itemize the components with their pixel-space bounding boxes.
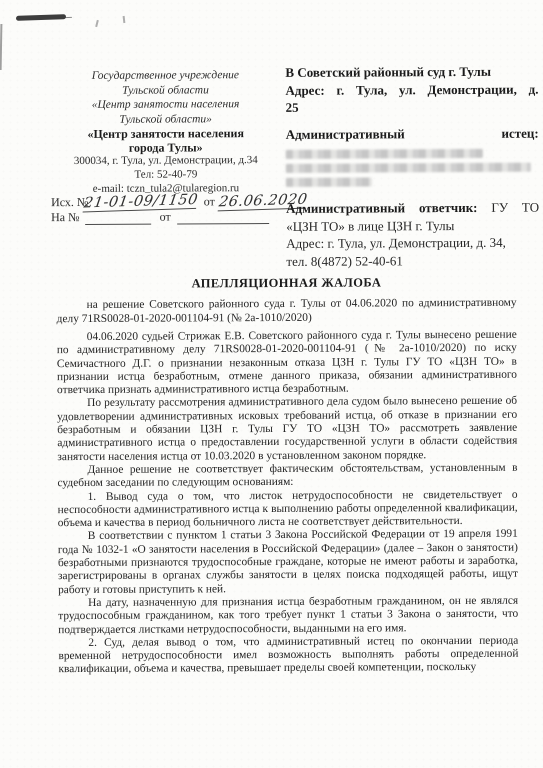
defendant-phone: тел. 8(4872) 52-40-61	[286, 251, 539, 270]
body-paragraph: 2. Суд, делая вывод о том, что администр…	[58, 635, 518, 677]
letterhead-org-line: Тульской области»	[45, 112, 287, 128]
defendant-block: Административный ответчик: ГУ ТО «ЦЗН ТО…	[286, 199, 539, 235]
incoming-number-blank	[86, 213, 152, 225]
redacted-plaintiff-info	[286, 149, 539, 187]
body-paragraph: Данное решение не соответствует фактичес…	[57, 462, 517, 491]
plaintiff-word: истец:	[501, 124, 538, 142]
plaintiff-label: Административный	[286, 125, 405, 143]
letterhead-org-line: «Центр занятости населения	[45, 97, 287, 113]
page-content: Государственное учреждение Тульской обла…	[0, 0, 543, 768]
document-subtitle: на решение Советского районного суда г. …	[57, 296, 517, 326]
letterhead-branch-line: города Тулы»	[45, 140, 287, 155]
letterhead-phone: Тел: 52-40-79	[45, 168, 287, 183]
court-address-line1: Адрес: г. Тула, ул. Демонстрации, д.	[285, 80, 538, 99]
letterhead-branch-line: «Центр занятости населения	[45, 126, 287, 141]
body-paragraph: По результату рассмотрения административ…	[57, 395, 517, 464]
court-name: В Советский районный суд г. Тулы	[285, 63, 538, 82]
defendant-label: Административный ответчик:	[286, 200, 477, 216]
document-body: 04.06.2020 судьей Стрижак Е.В. Советског…	[57, 329, 519, 677]
incoming-date-blank	[177, 212, 269, 224]
body-paragraph: 04.06.2020 судьей Стрижак Е.В. Советског…	[57, 329, 517, 398]
body-paragraph: 1. Вывод суда о том, что листок нетрудос…	[58, 488, 518, 530]
outgoing-ref-row: Исх. № 21-01-09/1150 от 26.06.2020	[51, 194, 296, 210]
incoming-from-label: от	[160, 210, 171, 225]
plaintiff-heading: Административный истец:	[286, 124, 539, 143]
addressee-block: В Советский районный суд г. Тулы Адрес: …	[285, 63, 539, 270]
court-address-line2: 25	[286, 98, 539, 117]
sender-letterhead: Государственное учреждение Тульской обла…	[44, 68, 287, 197]
body-paragraph: На дату, назначенную для признания истца…	[58, 595, 518, 637]
defendant-address: Адрес: г. Тула, ул. Демонстрации, д. 34,	[286, 234, 539, 253]
scanned-document-page: Государственное учреждение Тульской обла…	[0, 0, 543, 768]
letterhead-org-line: Государственное учреждение	[44, 68, 286, 84]
letterhead-org-line: Тульской области	[44, 83, 286, 99]
document-title: АПЕЛЛЯЦИОННАЯ ЖАЛОБА	[56, 275, 516, 292]
redacted-line	[286, 163, 531, 173]
outgoing-from-label: от	[204, 194, 215, 209]
reference-numbers: Исх. № 21-01-09/1150 от 26.06.2020 На № …	[51, 194, 296, 225]
redacted-line	[286, 149, 483, 159]
document-title-block: АПЕЛЛЯЦИОННАЯ ЖАЛОБА на решение Советско…	[56, 275, 516, 326]
redacted-line	[286, 177, 372, 186]
body-paragraph: В соответствии с пунктом 1 статьи 3 Зако…	[58, 528, 518, 597]
incoming-ref-label: На №	[51, 210, 80, 225]
letterhead-address: 300034, г. Тула, ул. Демонстрации, д.34	[45, 154, 287, 169]
